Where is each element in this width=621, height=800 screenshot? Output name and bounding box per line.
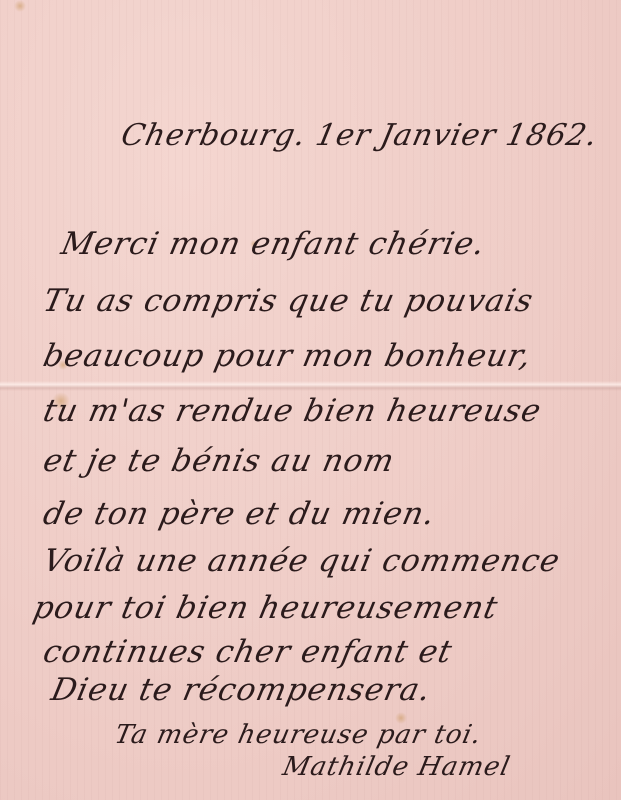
letter-line: tu m'as rendue bien heureuse [40, 393, 545, 429]
paper-fold-crease [0, 381, 621, 391]
letter-line: Dieu te récompensera. [48, 672, 434, 708]
letter-dateline: Cherbourg. 1er Janvier 1862. [118, 118, 601, 153]
letter-line: Merci mon enfant chérie. [58, 226, 489, 262]
letter-closing: Ta mère heureuse par toi. [112, 720, 485, 750]
letter-line: de ton père et du mien. [40, 496, 439, 532]
letter-line: Voilà une année qui commence [40, 543, 564, 579]
letter-signature: Mathilde Hamel [280, 752, 513, 782]
letter-line: beaucoup pour mon bonheur, [40, 338, 535, 374]
letter-page: Cherbourg. 1er Janvier 1862. Merci mon e… [0, 0, 621, 800]
letter-line: pour toi bien heureusement [30, 590, 501, 626]
foxing-stain [14, 0, 26, 12]
letter-line: continues cher enfant et [40, 634, 456, 670]
letter-line: Tu as compris que tu pouvais [40, 283, 537, 319]
letter-line: et je te bénis au nom [40, 443, 398, 479]
